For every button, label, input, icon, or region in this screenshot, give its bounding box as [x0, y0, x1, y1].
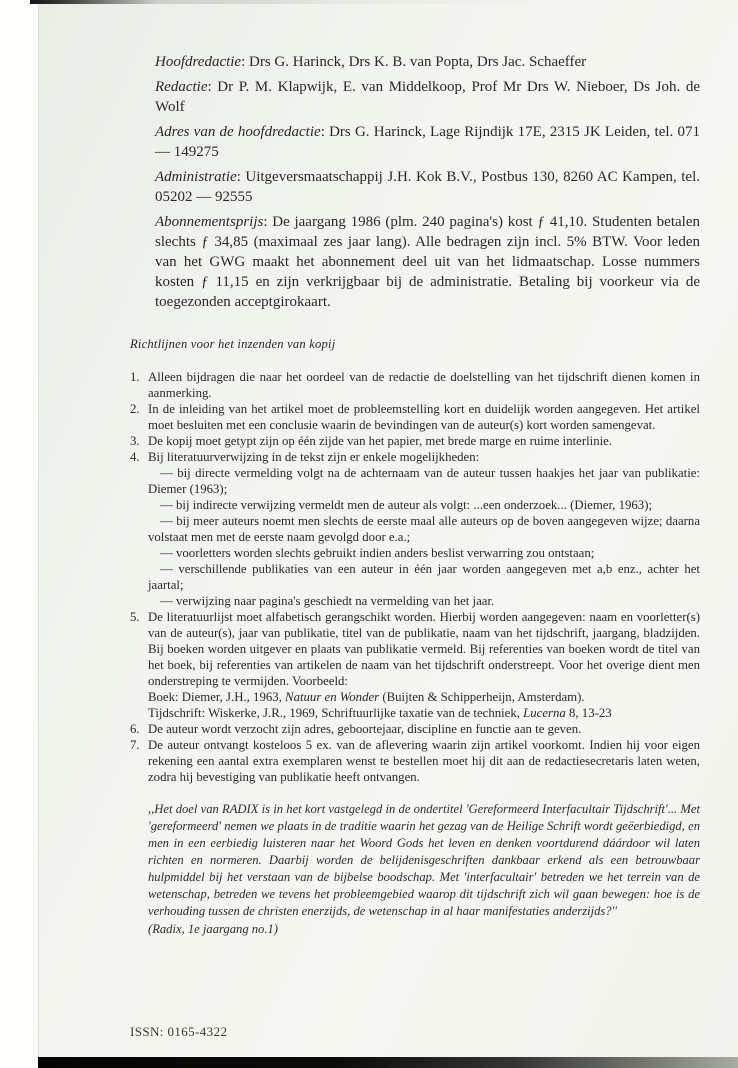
- page-top-edge-shadow: [30, 0, 738, 4]
- masthead: Hoofdredactie: Drs G. Harinck, Drs K. B.…: [155, 52, 700, 312]
- masthead-entry-hoofdredactie: Hoofdredactie: Drs G. Harinck, Drs K. B.…: [155, 52, 700, 72]
- item-text: In de inleiding van het artikel moet de …: [148, 401, 700, 433]
- guideline-item: 7. De auteur ontvangt kosteloos 5 ex. va…: [130, 737, 700, 785]
- item-subitem: — verwijzing naar pagina's geschiedt na …: [148, 593, 700, 609]
- page-content: Hoofdredactie: Drs G. Harinck, Drs K. B.…: [130, 52, 700, 938]
- item-number: 1.: [130, 369, 148, 401]
- item-number: 4.: [130, 449, 148, 609]
- guideline-item: 3. De kopij moet getypt zijn op één zijd…: [130, 433, 700, 449]
- masthead-label: Administratie: [155, 169, 237, 185]
- example-journal-pre: Tijdschrift: Wiskerke, J.R., 1969, Schri…: [148, 706, 523, 720]
- example-book-title: Natuur en Wonder: [285, 690, 379, 704]
- item-text: De auteur ontvangt kosteloos 5 ex. van d…: [148, 737, 700, 785]
- item-text: Alleen bijdragen die naar het oordeel va…: [148, 369, 700, 401]
- guideline-item: 1. Alleen bijdragen die naar het oordeel…: [130, 369, 700, 401]
- item-body: De literatuurlijst moet alfabetisch gera…: [148, 609, 700, 721]
- masthead-label: Hoofdredactie: [155, 54, 241, 70]
- guidelines-heading: Richtlijnen voor het inzenden van kopij: [130, 336, 700, 352]
- item-number: 7.: [130, 737, 148, 785]
- example-book: Boek: Diemer, J.H., 1963, Natuur en Wond…: [148, 689, 700, 705]
- item-text: De kopij moet getypt zijn op één zijde v…: [148, 433, 700, 449]
- page-bottom-edge-shadow: [38, 1057, 738, 1068]
- masthead-entry-administratie: Administratie: Uitgeversmaatschappij J.H…: [155, 167, 700, 207]
- masthead-entry-abonnementsprijs: Abonnementsprijs: De jaargang 1986 (plm.…: [155, 212, 700, 312]
- scan-left-margin: [0, 0, 38, 1068]
- masthead-label: Redactie: [155, 79, 207, 95]
- item-number: 6.: [130, 721, 148, 737]
- masthead-label: Adres van de hoofdredactie: [155, 124, 321, 140]
- item-subitem: — bij directe vermelding volgt na de ach…: [148, 465, 700, 497]
- masthead-entry-redactie: Redactie: Dr P. M. Klapwijk, E. van Midd…: [155, 77, 700, 117]
- quote-attribution: (Radix, 1e jaargang no.1): [148, 921, 700, 938]
- item-subitem: — bij indirecte verwijzing vermeldt men …: [148, 497, 700, 513]
- quote-block: ,,Het doel van RADIX is in het kort vast…: [148, 801, 700, 938]
- guideline-item: 5. De literatuurlijst moet alfabetisch g…: [130, 609, 700, 721]
- item-number: 5.: [130, 609, 148, 721]
- item-body: Bij literatuurverwijzing in de tekst zij…: [148, 449, 700, 609]
- guideline-item: 6. De auteur wordt verzocht zijn adres, …: [130, 721, 700, 737]
- example-journal-title: Lucerna: [523, 706, 566, 720]
- example-journal: Tijdschrift: Wiskerke, J.R., 1969, Schri…: [148, 705, 700, 721]
- masthead-label: Abonnementsprijs: [155, 214, 263, 230]
- example-journal-post: 8, 13-23: [566, 706, 612, 720]
- guideline-item: 2. In de inleiding van het artikel moet …: [130, 401, 700, 433]
- item-text: De literatuurlijst moet alfabetisch gera…: [148, 609, 700, 689]
- guidelines-list: 1. Alleen bijdragen die naar het oordeel…: [130, 369, 700, 785]
- quote-text: ,,Het doel van RADIX is in het kort vast…: [148, 801, 700, 920]
- item-subitem: — bij meer auteurs noemt men slechts de …: [148, 513, 700, 545]
- scanned-journal-colophon-page: Hoofdredactie: Drs G. Harinck, Drs K. B.…: [0, 0, 738, 1068]
- example-book-pre: Boek: Diemer, J.H., 1963,: [148, 690, 285, 704]
- guideline-item: 4. Bij literatuurverwijzing in de tekst …: [130, 449, 700, 609]
- item-number: 3.: [130, 433, 148, 449]
- masthead-text: : Uitgeversmaatschappij J.H. Kok B.V., P…: [155, 169, 700, 205]
- masthead-entry-adres: Adres van de hoofdredactie: Drs G. Harin…: [155, 122, 700, 162]
- issn-label: ISSN: 0165-4322: [130, 1024, 227, 1040]
- masthead-text: : Drs G. Harinck, Drs K. B. van Popta, D…: [241, 54, 586, 70]
- item-text: De auteur wordt verzocht zijn adres, geb…: [148, 721, 700, 737]
- item-number: 2.: [130, 401, 148, 433]
- item-subitem: — verschillende publikaties van een aute…: [148, 561, 700, 593]
- item-text: Bij literatuurverwijzing in de tekst zij…: [148, 449, 700, 465]
- item-subitem: — voorletters worden slechts gebruikt in…: [148, 545, 700, 561]
- masthead-text: : Dr P. M. Klapwijk, E. van Middelkoop, …: [155, 79, 700, 115]
- example-book-post: (Buijten & Schipperheijn, Amsterdam).: [379, 690, 584, 704]
